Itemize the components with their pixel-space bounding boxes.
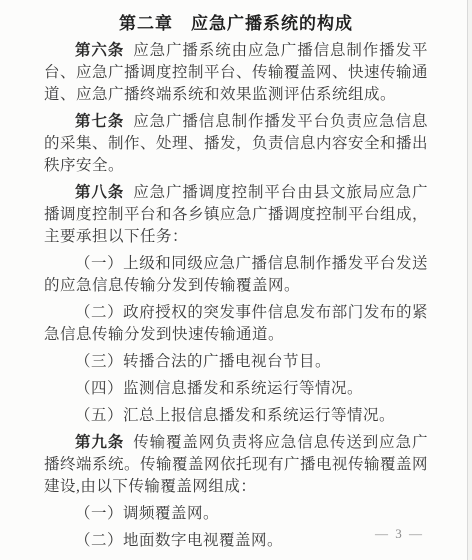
article-9-item-2-text: （二）地面数字电视覆盖网。 (75, 532, 283, 549)
article-8-item-1: （一）上级和同级应急广播信息制作播发平台发送的应急信息传输分发到传输覆盖网。 (44, 253, 428, 297)
article-9-item-1: （一）调频覆盖网。 (44, 503, 428, 525)
article-8-item-1-text: （一）上级和同级应急广播信息制作播发平台发送的应急信息传输分发到传输覆盖网。 (44, 255, 428, 294)
document-page: 第二章 应急广播系统的构成 第六条应急广播系统由应急广播信息制作播发平台、应急广… (0, 0, 472, 560)
article-9-item-2: （二）地面数字电视覆盖网。 (44, 530, 428, 552)
page-number: — 3 — (375, 526, 424, 542)
article-8-item-2-text: （二）政府授权的突发事件信息发布部门发布的紧急信息传输分发到快速传输通道。 (44, 304, 428, 343)
article-9-paragraph: 第九条传输覆盖网负责将应急信息传送到应急广播终端系统。传输覆盖网依托现有广播电视… (44, 432, 428, 498)
scan-edge-strip (468, 0, 472, 560)
article-8-item-2: （二）政府授权的突发事件信息发布部门发布的紧急信息传输分发到快速传输通道。 (44, 302, 428, 346)
article-7-number: 第七条 (75, 113, 124, 130)
article-9-number: 第九条 (75, 434, 124, 451)
article-6-paragraph: 第六条应急广播系统由应急广播信息制作播发平台、应急广播调度控制平台、传输覆盖网、… (44, 40, 428, 106)
article-8-item-5: （五）汇总上报信息播发和系统运行等情况。 (44, 405, 428, 427)
article-8-item-4-text: （四）监测信息播发和系统运行等情况。 (75, 380, 363, 397)
article-9-item-1-text: （一）调频覆盖网。 (75, 505, 219, 522)
article-7-paragraph: 第七条应急广播信息制作播发平台负责应急信息的采集、制作、处理、播发，负责信息内容… (44, 111, 428, 177)
page-content: 第二章 应急广播系统的构成 第六条应急广播系统由应急广播信息制作播发平台、应急广… (0, 0, 472, 552)
chapter-title: 第二章 应急广播系统的构成 (44, 13, 428, 34)
article-8-item-3-text: （三）转播合法的广播电视台节目。 (75, 353, 331, 370)
article-8-item-3: （三）转播合法的广播电视台节目。 (44, 351, 428, 373)
article-8-number: 第八条 (75, 184, 124, 201)
article-8-item-4: （四）监测信息播发和系统运行等情况。 (44, 378, 428, 400)
article-6-number: 第六条 (75, 42, 124, 59)
scan-edge-line (467, 0, 468, 560)
article-8-item-5-text: （五）汇总上报信息播发和系统运行等情况。 (75, 407, 395, 424)
article-8-paragraph: 第八条应急广播调度控制平台由县文旅局应急广播调度控制平台和各乡镇应急广播调度控制… (44, 182, 428, 248)
